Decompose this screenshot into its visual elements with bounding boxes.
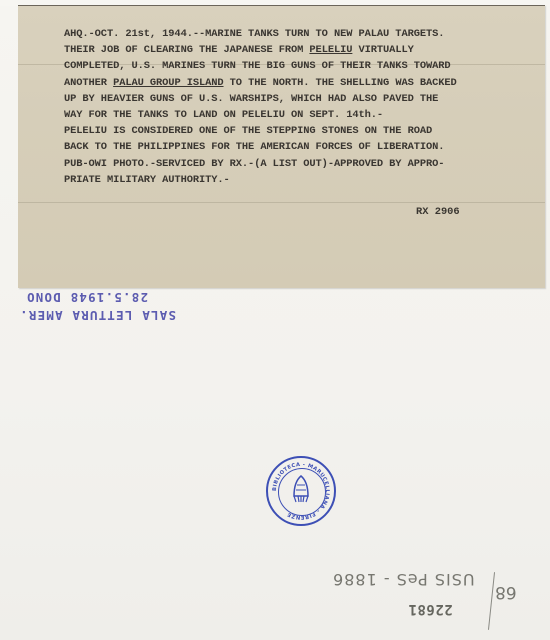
fold-line [18,202,545,203]
caption-line: THEIR JOB OF CLEARING THE JAPANESE FROM … [64,42,484,58]
caption-line: ANOTHER PALAU GROUP ISLAND TO THE NORTH.… [64,75,484,91]
library-stamp-line1: SALA LETTURA AMER. [19,306,176,324]
caption-line: AHQ.-OCT. 21st, 1944.--MARINE TANKS TURN… [64,26,484,42]
library-seal-stamp: BIBLIOTECA - MARUCELLIANA - FIRENZE [266,456,336,526]
caption-line: PRIATE MILITARY AUTHORITY.- [64,172,484,188]
caption-line: WAY FOR THE TANKS TO LAND ON PELELIU ON … [64,107,484,123]
caption-line: COMPLETED, U.S. MARINES TURN THE BIG GUN… [64,58,484,74]
library-stamp: SALA LETTURA AMER. 28.5.1948 DONO [19,288,176,324]
handwritten-reference: USIS PeS - 1886 [332,570,475,589]
caption-code: RX 2906 [416,206,460,218]
caption-line: BACK TO THE PHILIPPINES FOR THE AMERICAN… [64,139,484,155]
shell-emblem-icon [291,475,311,505]
caption-line: UP BY HEAVIER GUNS OF U.S. WARSHIPS, WHI… [64,91,484,107]
caption-line: PUB-OWI PHOTO.-SERVICED BY RX.-(A LIST O… [64,156,484,172]
handwritten-page-mark: 68 [495,582,517,602]
stamped-number: 22681 [408,601,453,617]
caption-line: PELELIU IS CONSIDERED ONE OF THE STEPPIN… [64,123,484,139]
typed-caption: AHQ.-OCT. 21st, 1944.--MARINE TANKS TURN… [64,26,484,188]
library-stamp-line2: 28.5.1948 DONO [19,288,176,306]
